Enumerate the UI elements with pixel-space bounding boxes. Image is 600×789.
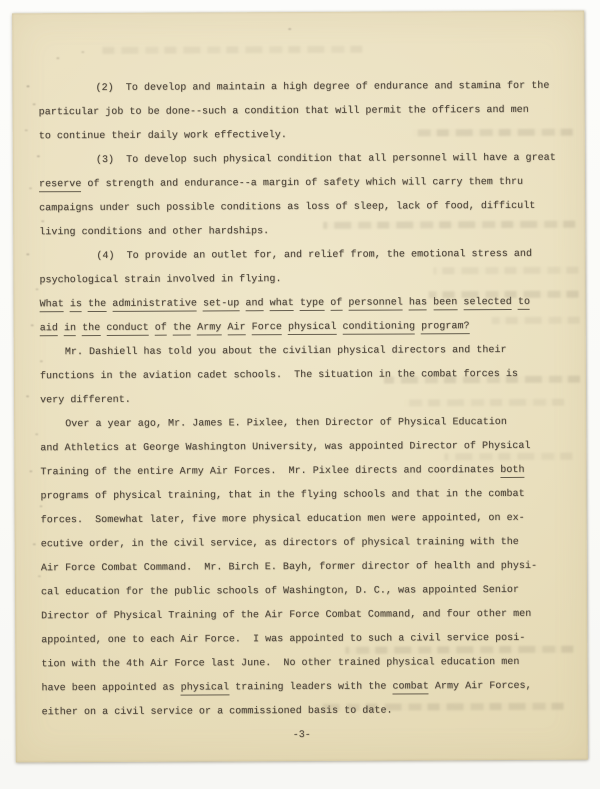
text-line: particular job to be done--such a condit… (39, 99, 541, 125)
text-line: have been appointed as physical training… (41, 675, 543, 701)
text-line: and Athletics at George Washington Unive… (40, 435, 542, 461)
text-line: campaigns under such possible conditions… (39, 195, 541, 221)
text-line: cal education for the public schools of … (41, 579, 543, 605)
text-line: Director of Physical Training of the Air… (41, 603, 543, 629)
text-line: appointed, one to each Air Force. I was … (41, 627, 543, 653)
document-page: (2) To develop and maintain a high degre… (12, 11, 588, 763)
text-line: Over a year ago, Mr. James E. Pixlee, th… (40, 411, 542, 437)
text-line: functions in the aviation cadet schools.… (40, 363, 542, 389)
text-line: Air Force Combat Command. Mr. Birch E. B… (41, 555, 543, 581)
scanner-background: (2) To develop and maintain a high degre… (0, 0, 600, 789)
text-line: (4) To provide an outlet for, and relief… (39, 243, 541, 269)
text-line: Mr. Dashiell has told you about the civi… (40, 339, 542, 365)
text-line: ecutive order, in the civil service, as … (41, 531, 543, 557)
page-number: -3- (16, 729, 588, 743)
text-line: Training of the entire Army Air Forces. … (40, 459, 542, 485)
text-line: reserve of strength and endurance--a mar… (39, 171, 541, 197)
bleed-through-artifact (102, 46, 362, 54)
text-line: What is the administrative set-up and wh… (40, 291, 542, 317)
text-line: programs of physical training, that in t… (40, 483, 542, 509)
margin-smudges (27, 85, 30, 87)
text-line: living conditions and other hardships. (39, 219, 541, 245)
text-line: forces. Somewhat later, five more physic… (41, 507, 543, 533)
text-line: either on a civil service or a commissio… (42, 699, 544, 725)
typewritten-text: (2) To develop and maintain a high degre… (38, 75, 543, 725)
text-line: tion with the 4th Air Force last June. N… (41, 651, 543, 677)
text-line: (2) To develop and maintain a high degre… (38, 75, 540, 101)
text-line: aid in the conduct of the Army Air Force… (40, 315, 542, 341)
text-line: to continue their daily work effectively… (39, 123, 541, 149)
text-line: (3) To develop such physical condition t… (39, 147, 541, 173)
text-line: psychological strain involved in flying. (39, 267, 541, 293)
text-line: very different. (40, 387, 542, 413)
